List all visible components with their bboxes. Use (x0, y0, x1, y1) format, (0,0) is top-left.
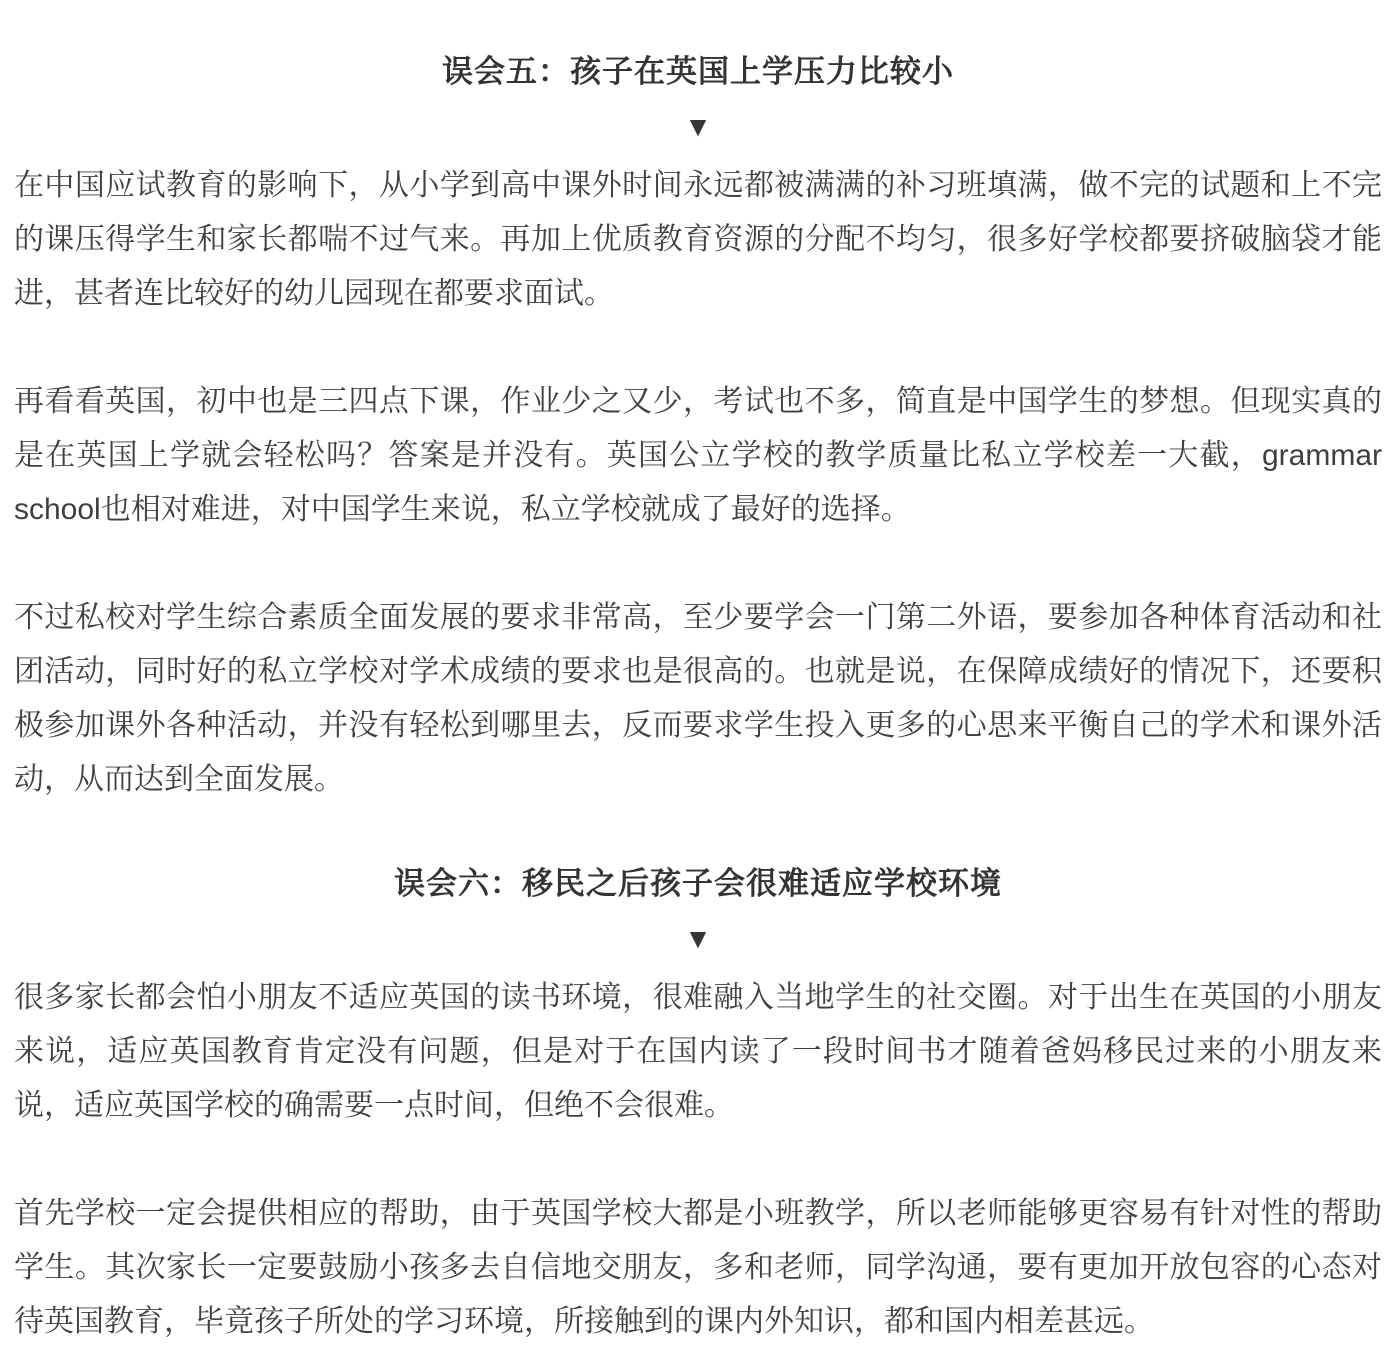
paragraph: 很多家长都会怕小朋友不适应英国的读书环境，很难融入当地学生的社交圈。对于出生在英… (14, 971, 1382, 1133)
paragraph: 不过私校对学生综合素质全面发展的要求非常高，至少要学会一门第二外语，要参加各种体… (14, 591, 1382, 807)
down-triangle-icon: ▼ (14, 925, 1382, 953)
paragraph: 首先学校一定会提供相应的帮助，由于英国学校大都是小班教学，所以老师能够更容易有针… (14, 1187, 1382, 1349)
section-heading: 误会六：移民之后孩子会很难适应学校环境 (14, 868, 1382, 899)
section-misconception-5: 误会五：孩子在英国上学压力比较小 ▼ 在中国应试教育的影响下，从小学到高中课外时… (14, 56, 1382, 807)
down-triangle-icon: ▼ (14, 113, 1382, 141)
article-body: 误会五：孩子在英国上学压力比较小 ▼ 在中国应试教育的影响下，从小学到高中课外时… (0, 0, 1396, 1357)
section-misconception-6: 误会六：移民之后孩子会很难适应学校环境 ▼ 很多家长都会怕小朋友不适应英国的读书… (14, 868, 1382, 1349)
paragraph: 再看看英国，初中也是三四点下课，作业少之又少，考试也不多，简直是中国学生的梦想。… (14, 375, 1382, 537)
paragraph: 在中国应试教育的影响下，从小学到高中课外时间永远都被满满的补习班填满，做不完的试… (14, 159, 1382, 321)
section-heading: 误会五：孩子在英国上学压力比较小 (14, 56, 1382, 87)
